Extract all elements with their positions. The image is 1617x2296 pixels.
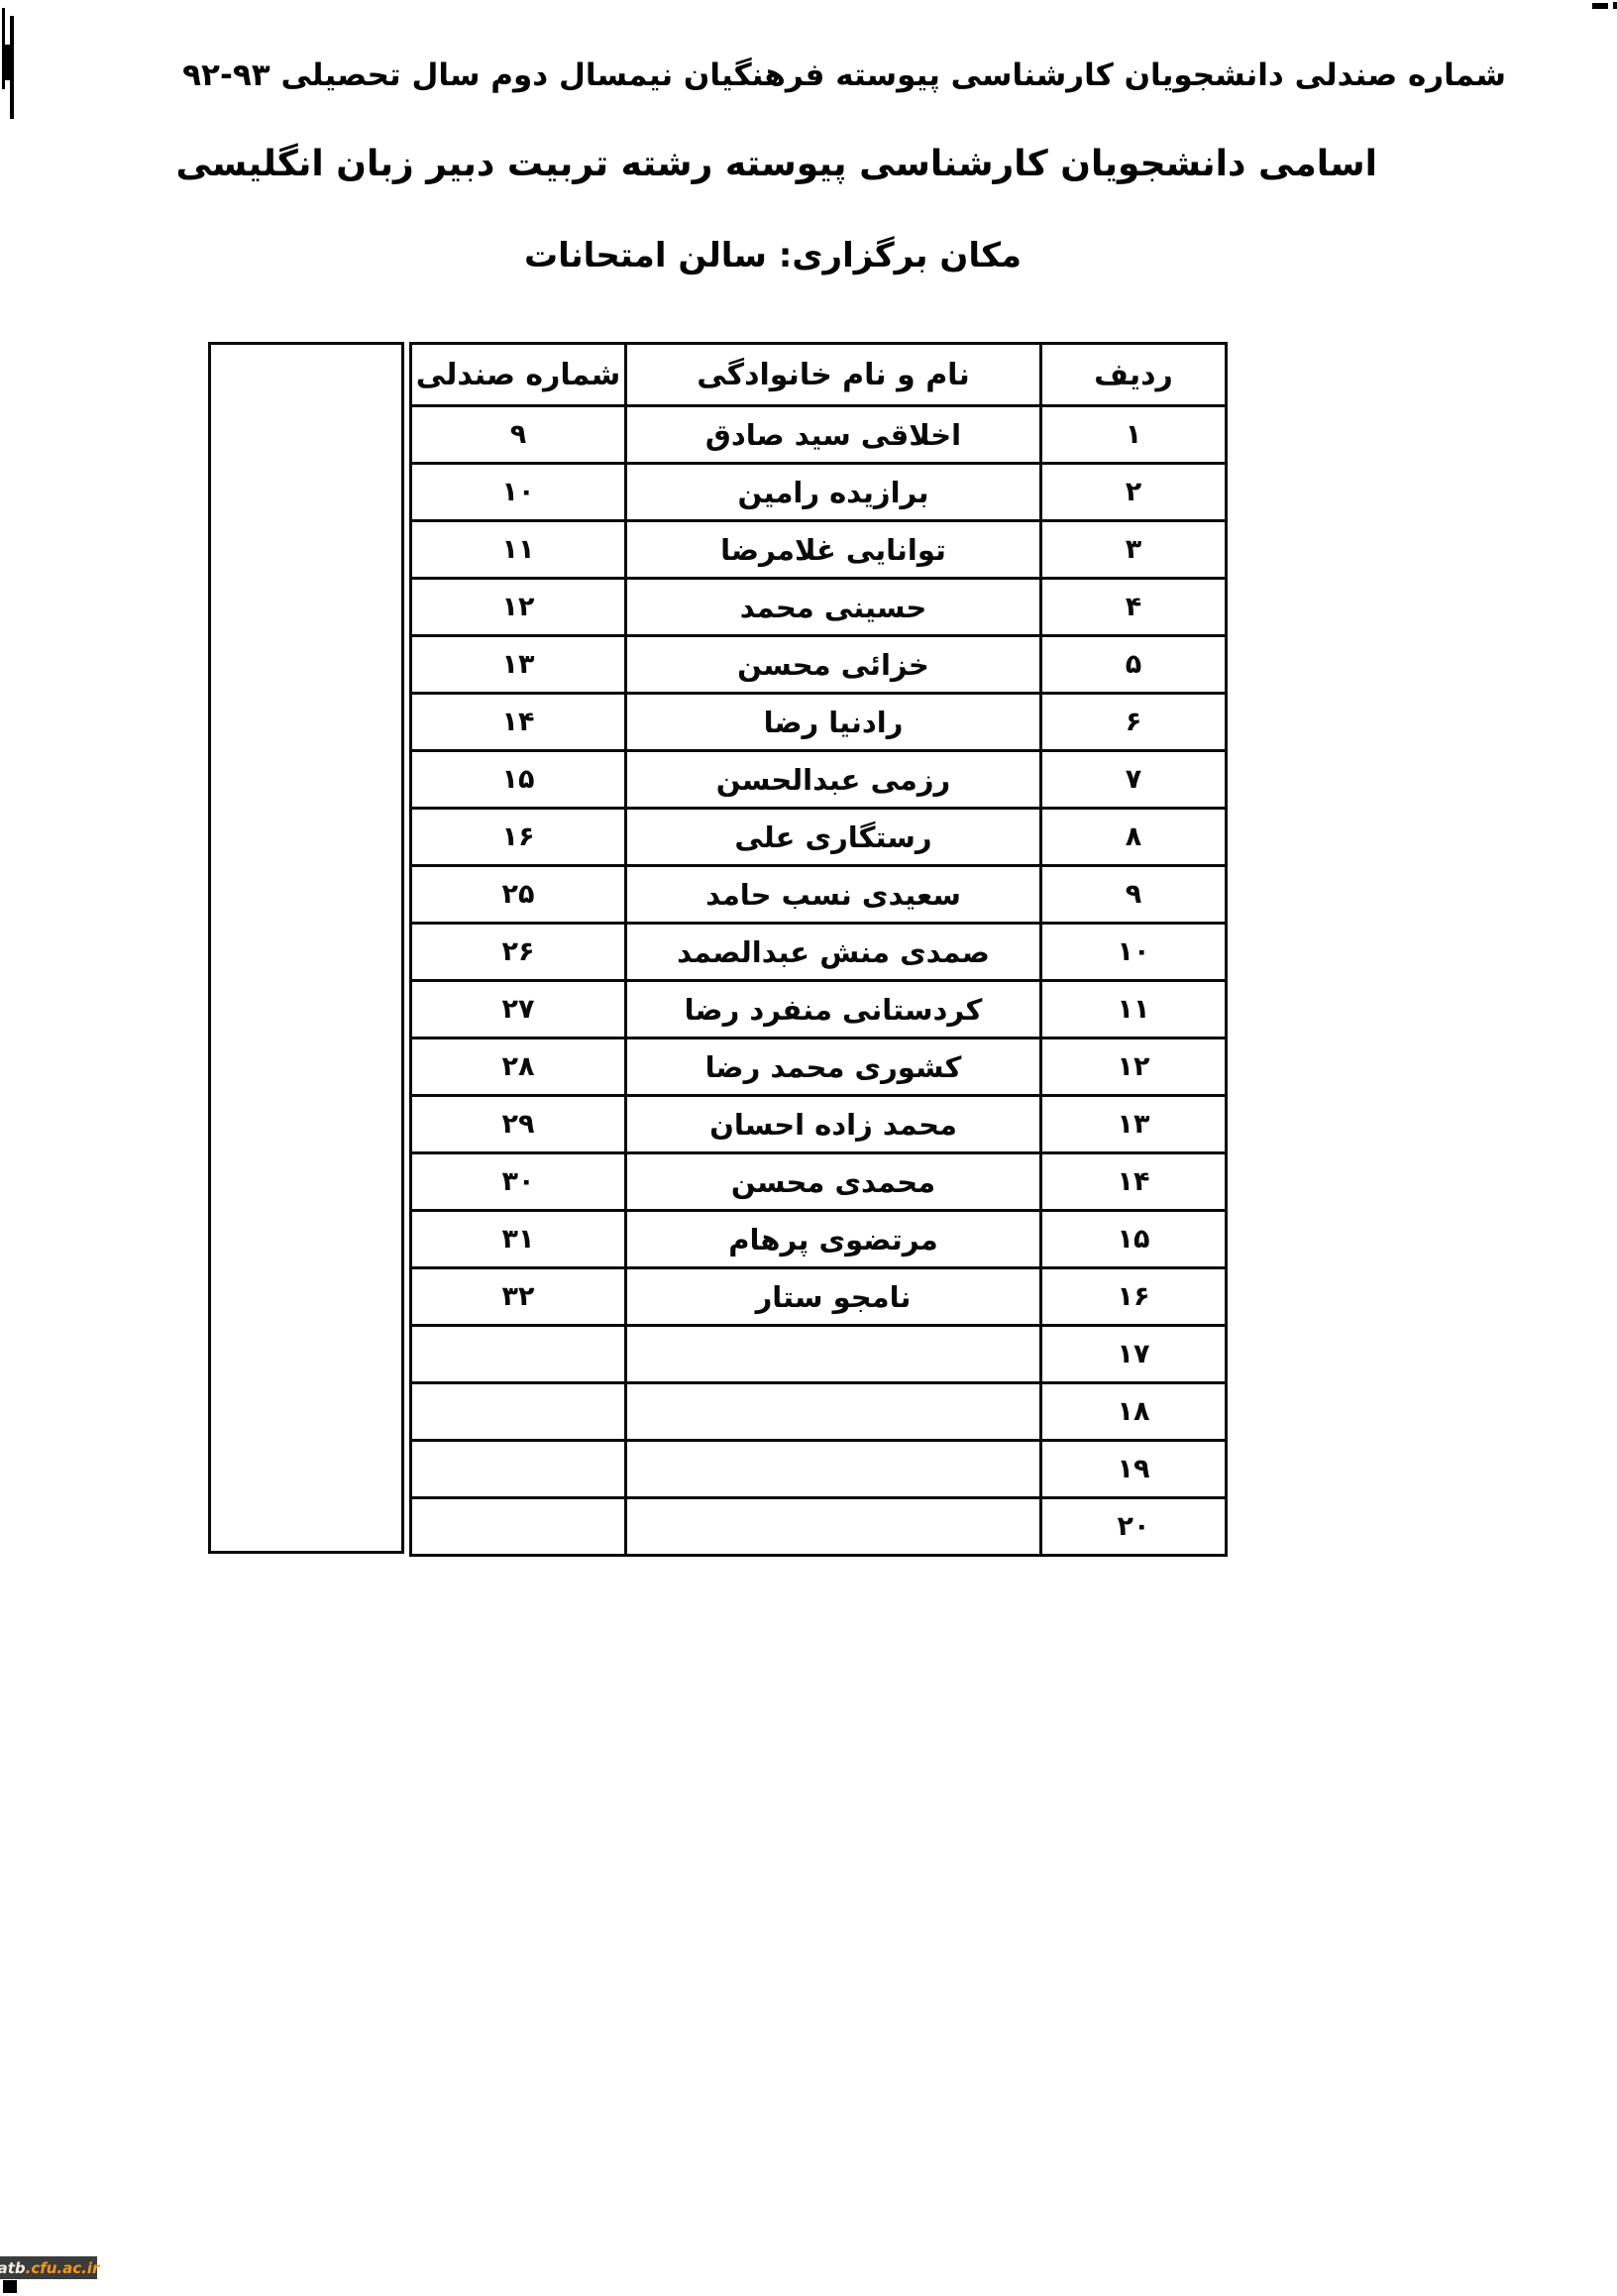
cell-seat [411,1383,626,1441]
table-row: ۷رزمی عبدالحسن۱۵ [411,751,1227,809]
cell-radif: ۱۲ [1041,1039,1227,1096]
table-row: ۱۰صمدی منش عبدالصمد۲۶ [411,924,1227,981]
cell-name: رزمی عبدالحسن [626,751,1041,809]
cell-seat [411,1326,626,1383]
table-row: ۱اخلاقی سید صادق۹ [411,406,1227,464]
watermark-prefix: atb [0,2259,26,2277]
cell-name: اخلاقی سید صادق [626,406,1041,464]
cell-name: کشوری محمد رضا [626,1039,1041,1096]
cell-name: محمدی محسن [626,1153,1041,1211]
cell-radif: ۱۳ [1041,1096,1227,1153]
cell-radif: ۶ [1041,694,1227,751]
cell-name [626,1383,1041,1441]
cell-seat: ۱۶ [411,809,626,866]
table-row: ۱۳محمد زاده احسان۲۹ [411,1096,1227,1153]
cell-seat: ۱۰ [411,464,626,521]
cell-radif: ۱۶ [1041,1268,1227,1326]
table-row: ۱۱کردستانی منفرد رضا۲۷ [411,981,1227,1039]
table-row: ۱۹ [411,1441,1227,1498]
cell-radif: ۸ [1041,809,1227,866]
cell-radif: ۱۱ [1041,981,1227,1039]
cell-seat: ۳۲ [411,1268,626,1326]
cell-seat [411,1498,626,1556]
table-row: ۱۵مرتضوی پرهام۳۱ [411,1211,1227,1268]
cell-radif: ۴ [1041,579,1227,636]
cell-seat: ۱۱ [411,521,626,579]
table-row: ۴حسینی محمد۱۲ [411,579,1227,636]
scan-artifact-dash [1592,3,1608,9]
cell-name: توانایی غلامرضا [626,521,1041,579]
table-row: ۵خزائی محسن۱۳ [411,636,1227,694]
cell-radif: ۳ [1041,521,1227,579]
seat-roster-table: ردیف نام و نام خانوادگی شماره صندلی ۱اخل… [409,342,1228,1557]
cell-seat: ۱۲ [411,579,626,636]
table-row: ۱۷ [411,1326,1227,1383]
cell-seat: ۲۹ [411,1096,626,1153]
column-header-seat: شماره صندلی [411,344,626,406]
cell-name: برازیده رامین [626,464,1041,521]
cell-name [626,1441,1041,1498]
table-row: ۱۴محمدی محسن۳۰ [411,1153,1227,1211]
watermark-suffix: .cfu.ac.ir [26,2259,100,2277]
scan-artifact-square [3,2280,17,2293]
column-header-radif: ردیف [1041,344,1227,406]
cell-radif: ۱۸ [1041,1383,1227,1441]
column-header-name: نام و نام خانوادگی [626,344,1041,406]
site-watermark: atb.cfu.ac.ir [0,2256,97,2279]
cell-radif: ۲۰ [1041,1498,1227,1556]
cell-seat [411,1441,626,1498]
cell-radif: ۱۰ [1041,924,1227,981]
cell-name [626,1498,1041,1556]
cell-radif: ۱ [1041,406,1227,464]
cell-name: خزائی محسن [626,636,1041,694]
cell-name: صمدی منش عبدالصمد [626,924,1041,981]
table-row: ۲برازیده رامین۱۰ [411,464,1227,521]
cell-seat: ۹ [411,406,626,464]
cell-name [626,1326,1041,1383]
table-row: ۱۸ [411,1383,1227,1441]
cell-name: رادنیا رضا [626,694,1041,751]
cell-radif: ۹ [1041,866,1227,924]
table-header-row: ردیف نام و نام خانوادگی شماره صندلی [411,344,1227,406]
table-row: ۱۶نامجو ستار۳۲ [411,1268,1227,1326]
scan-artifact-dot [1613,2,1617,9]
cell-radif: ۵ [1041,636,1227,694]
cell-seat: ۱۳ [411,636,626,694]
cell-name: مرتضوی پرهام [626,1211,1041,1268]
cell-radif: ۱۴ [1041,1153,1227,1211]
cell-seat: ۲۵ [411,866,626,924]
cell-radif: ۱۷ [1041,1326,1227,1383]
cell-seat: ۳۰ [411,1153,626,1211]
cell-radif: ۷ [1041,751,1227,809]
cell-name: محمد زاده احسان [626,1096,1041,1153]
scan-artifact-blob [2,45,13,80]
document-title: اسامی دانشجویان کارشناسی پیوسته رشته ترب… [277,144,1377,184]
table-row: ۱۲کشوری محمد رضا۲۸ [411,1039,1227,1096]
document-location-line: مکان برگزاری: سالن امتحانات [495,236,1050,275]
table-row: ۳توانایی غلامرضا۱۱ [411,521,1227,579]
table-row: ۸رستگاری علی۱۶ [411,809,1227,866]
cell-seat: ۳۱ [411,1211,626,1268]
cell-radif: ۱۵ [1041,1211,1227,1268]
cell-name: کردستانی منفرد رضا [626,981,1041,1039]
cell-name: رستگاری علی [626,809,1041,866]
table-row: ۶رادنیا رضا۱۴ [411,694,1227,751]
cell-seat: ۲۶ [411,924,626,981]
cell-seat: ۲۷ [411,981,626,1039]
table-row: ۲۰ [411,1498,1227,1556]
cell-seat: ۲۸ [411,1039,626,1096]
cell-radif: ۲ [1041,464,1227,521]
cell-name: سعیدی نسب حامد [626,866,1041,924]
cell-name: نامجو ستار [626,1268,1041,1326]
empty-side-box [208,342,404,1554]
cell-name: حسینی محمد [626,579,1041,636]
cell-seat: ۱۴ [411,694,626,751]
table-row: ۹سعیدی نسب حامد۲۵ [411,866,1227,924]
cell-radif: ۱۹ [1041,1441,1227,1498]
cell-seat: ۱۵ [411,751,626,809]
document-header-line: شماره صندلی دانشجویان کارشناسی پیوسته فر… [297,57,1506,93]
